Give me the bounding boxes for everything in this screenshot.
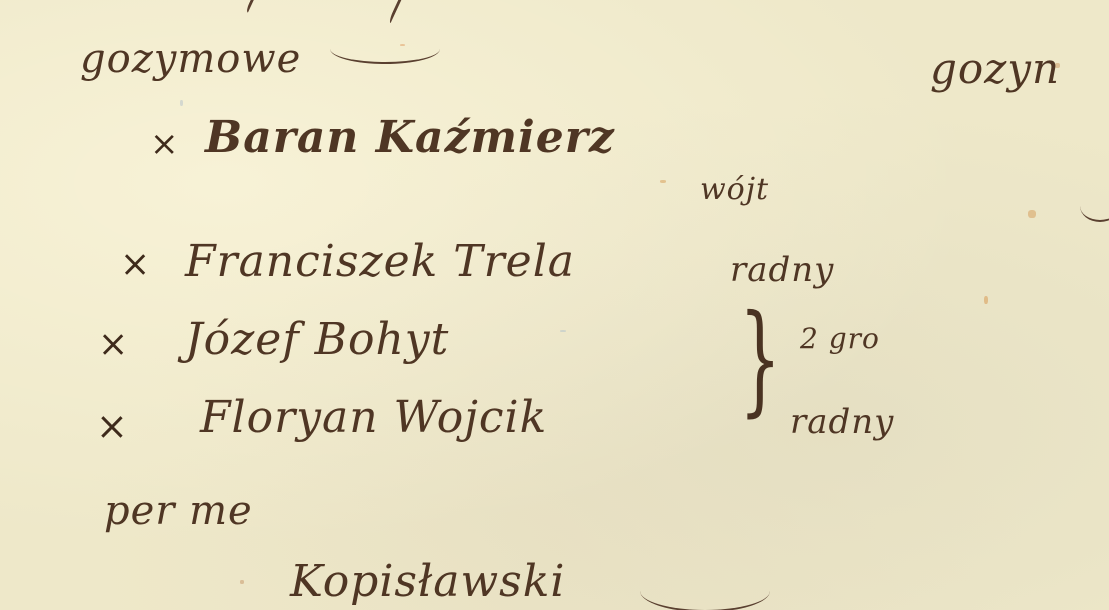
cross-mark: × xyxy=(120,244,150,285)
brace: } xyxy=(739,300,781,420)
entry-name: Józef Bohyt xyxy=(185,314,449,365)
paper-fleck xyxy=(660,180,666,183)
entry-name: Floryan Wojcik xyxy=(200,392,547,443)
entry-role: wójt xyxy=(700,172,769,207)
signature-flourish xyxy=(640,570,770,610)
footer-line: per me xyxy=(104,488,253,534)
manuscript-page: gozymowe gozyn × Baran Kaźmierz wójt × F… xyxy=(0,0,1109,610)
ink-stroke xyxy=(245,0,261,14)
paper-fleck xyxy=(180,100,183,106)
paper-fleck xyxy=(240,580,244,584)
cross-mark: × xyxy=(150,124,179,164)
header-left-word: gozymowe xyxy=(80,36,301,82)
ink-stroke xyxy=(388,0,409,25)
entry-role: radny xyxy=(790,402,894,442)
entry-name: Baran Kaźmierz xyxy=(205,112,615,163)
side-note: 2 gro xyxy=(800,322,880,355)
paper-fleck xyxy=(984,296,988,304)
paper-fleck xyxy=(1028,210,1036,218)
ink-flourish xyxy=(330,34,440,64)
entry-role: radny xyxy=(730,250,834,290)
paper-fleck xyxy=(560,330,566,332)
entry-name: Franciszek Trela xyxy=(185,236,575,287)
cross-mark: × xyxy=(98,324,128,365)
cross-mark: × xyxy=(96,404,128,448)
signature: Kopisławski xyxy=(290,556,565,607)
ink-stroke xyxy=(1080,190,1109,222)
header-right-word: gozyn xyxy=(930,44,1060,93)
